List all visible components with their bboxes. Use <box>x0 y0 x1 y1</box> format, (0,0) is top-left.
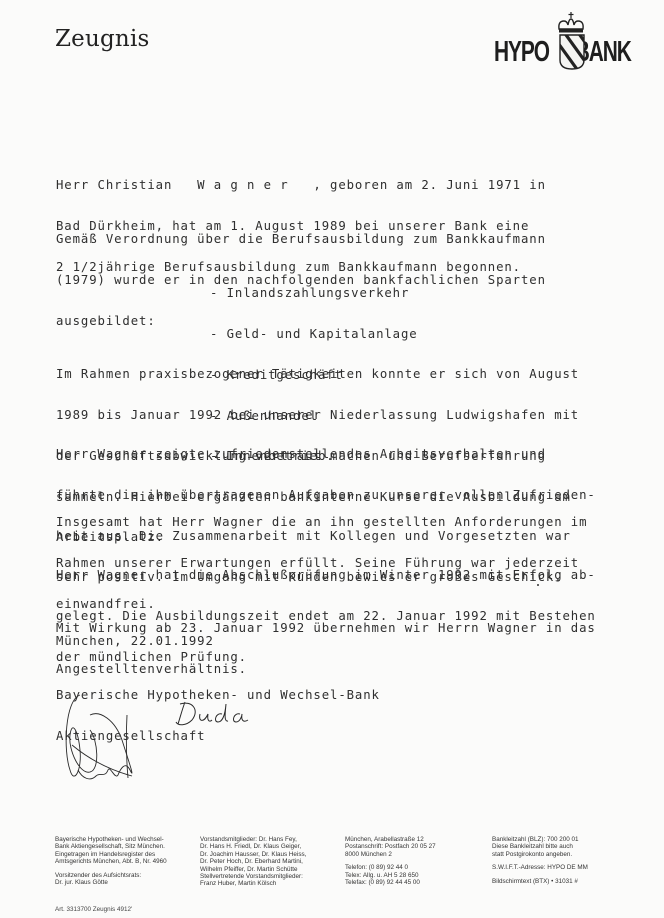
text-line: Herr Wagner zeigte zufriedenstellendes A… <box>56 448 596 462</box>
footer-line: Telex: Allg. u. AH 5 28 650 <box>345 872 436 879</box>
place-date: München, 22.01.1992 <box>56 635 214 649</box>
list-item: - Inlandszahlungsverkehr <box>210 287 418 301</box>
speck-mark <box>537 584 539 586</box>
crown-icon <box>556 12 586 34</box>
footer-bank-details: Bankleitzahl (BLZ): 700 200 01 Diese Ban… <box>492 836 588 885</box>
document-title: Zeugnis <box>55 26 150 52</box>
footer-line: Vorstandsmitglieder: Dr. Hans Fey, <box>200 836 306 843</box>
text-line: Herr Wagner hat die Abschlußprüfung im W… <box>56 569 596 583</box>
text-line: Im Rahmen praxisbezogener Tätigkeiten ko… <box>56 368 579 382</box>
footer-address: München, Arabellastraße 12 Postanschrift… <box>345 836 436 886</box>
footer-line: Bayerische Hypotheken- und Wechsel- <box>55 836 167 843</box>
list-item: - Geld- und Kapitalanlage <box>210 328 418 342</box>
signature-1-icon <box>66 695 132 779</box>
text-line: Insgesamt hat Herr Wagner die an ihn ges… <box>56 516 587 530</box>
footer-line: Dr. jur. Klaus Götte <box>55 879 167 886</box>
footer-line: Postanschrift: Postfach 20 05 27 <box>345 843 436 850</box>
footer-company-info: Bayerische Hypotheken- und Wechsel- Bank… <box>55 836 167 886</box>
form-number: Art. 3313700 Zeugnis 4912' <box>55 906 132 913</box>
bavarian-shield-icon <box>559 34 585 70</box>
footer-line: Diese Bankleitzahl bitte auch <box>492 843 588 850</box>
footer-line: S.W.I.F.T.-Adresse: HYPO DE MM <box>492 864 588 871</box>
letter-page: Zeugnis HYPOBANK <box>0 0 664 918</box>
footer-board-members: Vorstandsmitglieder: Dr. Hans Fey, Dr. H… <box>200 836 306 888</box>
footer-line: Dr. Peter Hoch, Dr. Eberhard Martini, <box>200 858 306 865</box>
footer-line: Amtsgerichts München, Abt. B, Nr. 4960 <box>55 858 167 865</box>
footer-line: Telefon: (0 89) 92 44 0 <box>345 864 436 871</box>
footer-line: Bankleitzahl (BLZ): 700 200 01 <box>492 836 588 843</box>
footer-line: Telefax: (0 89) 92 44 45 00 <box>345 879 436 886</box>
hypobank-logo: HYPOBANK <box>494 12 634 70</box>
text-line: Herr Christian W a g n e r , geboren am … <box>56 179 546 193</box>
footer-line: statt Postgirokonto angeben. <box>492 851 588 858</box>
footer-line: München, Arabellastraße 12 <box>345 836 436 843</box>
footer-line: Franz Huber, Martin Kölsch <box>200 880 306 887</box>
footer-line: Stellvertretende Vorstandsmitglieder: <box>200 873 306 880</box>
footer-line: Vorsitzender des Aufsichtsrats: <box>55 872 167 879</box>
footer-line: Dr. Hans H. Friedl, Dr. Klaus Geiger, <box>200 843 306 850</box>
signature-duda-icon <box>176 702 248 725</box>
footer-line: Bank Aktiengesellschaft, Sitz München. <box>55 843 167 850</box>
footer-line: Eingetragen im Handelsregister des <box>55 851 167 858</box>
text-line: Gemäß Verordnung über die Berufsausbildu… <box>56 233 546 247</box>
footer-line: Wilhelm Pfeiffer, Dr. Martin Schütte <box>200 866 306 873</box>
footer-line: Dr. Joachim Hausser, Dr. Klaus Heiss, <box>200 851 306 858</box>
footer-line: 8000 München 2 <box>345 851 436 858</box>
footer-line: Bildschirmtext (BTX) • 31031 # <box>492 878 588 885</box>
logo-text-left: HYPO <box>494 36 549 68</box>
signatures <box>60 690 300 790</box>
